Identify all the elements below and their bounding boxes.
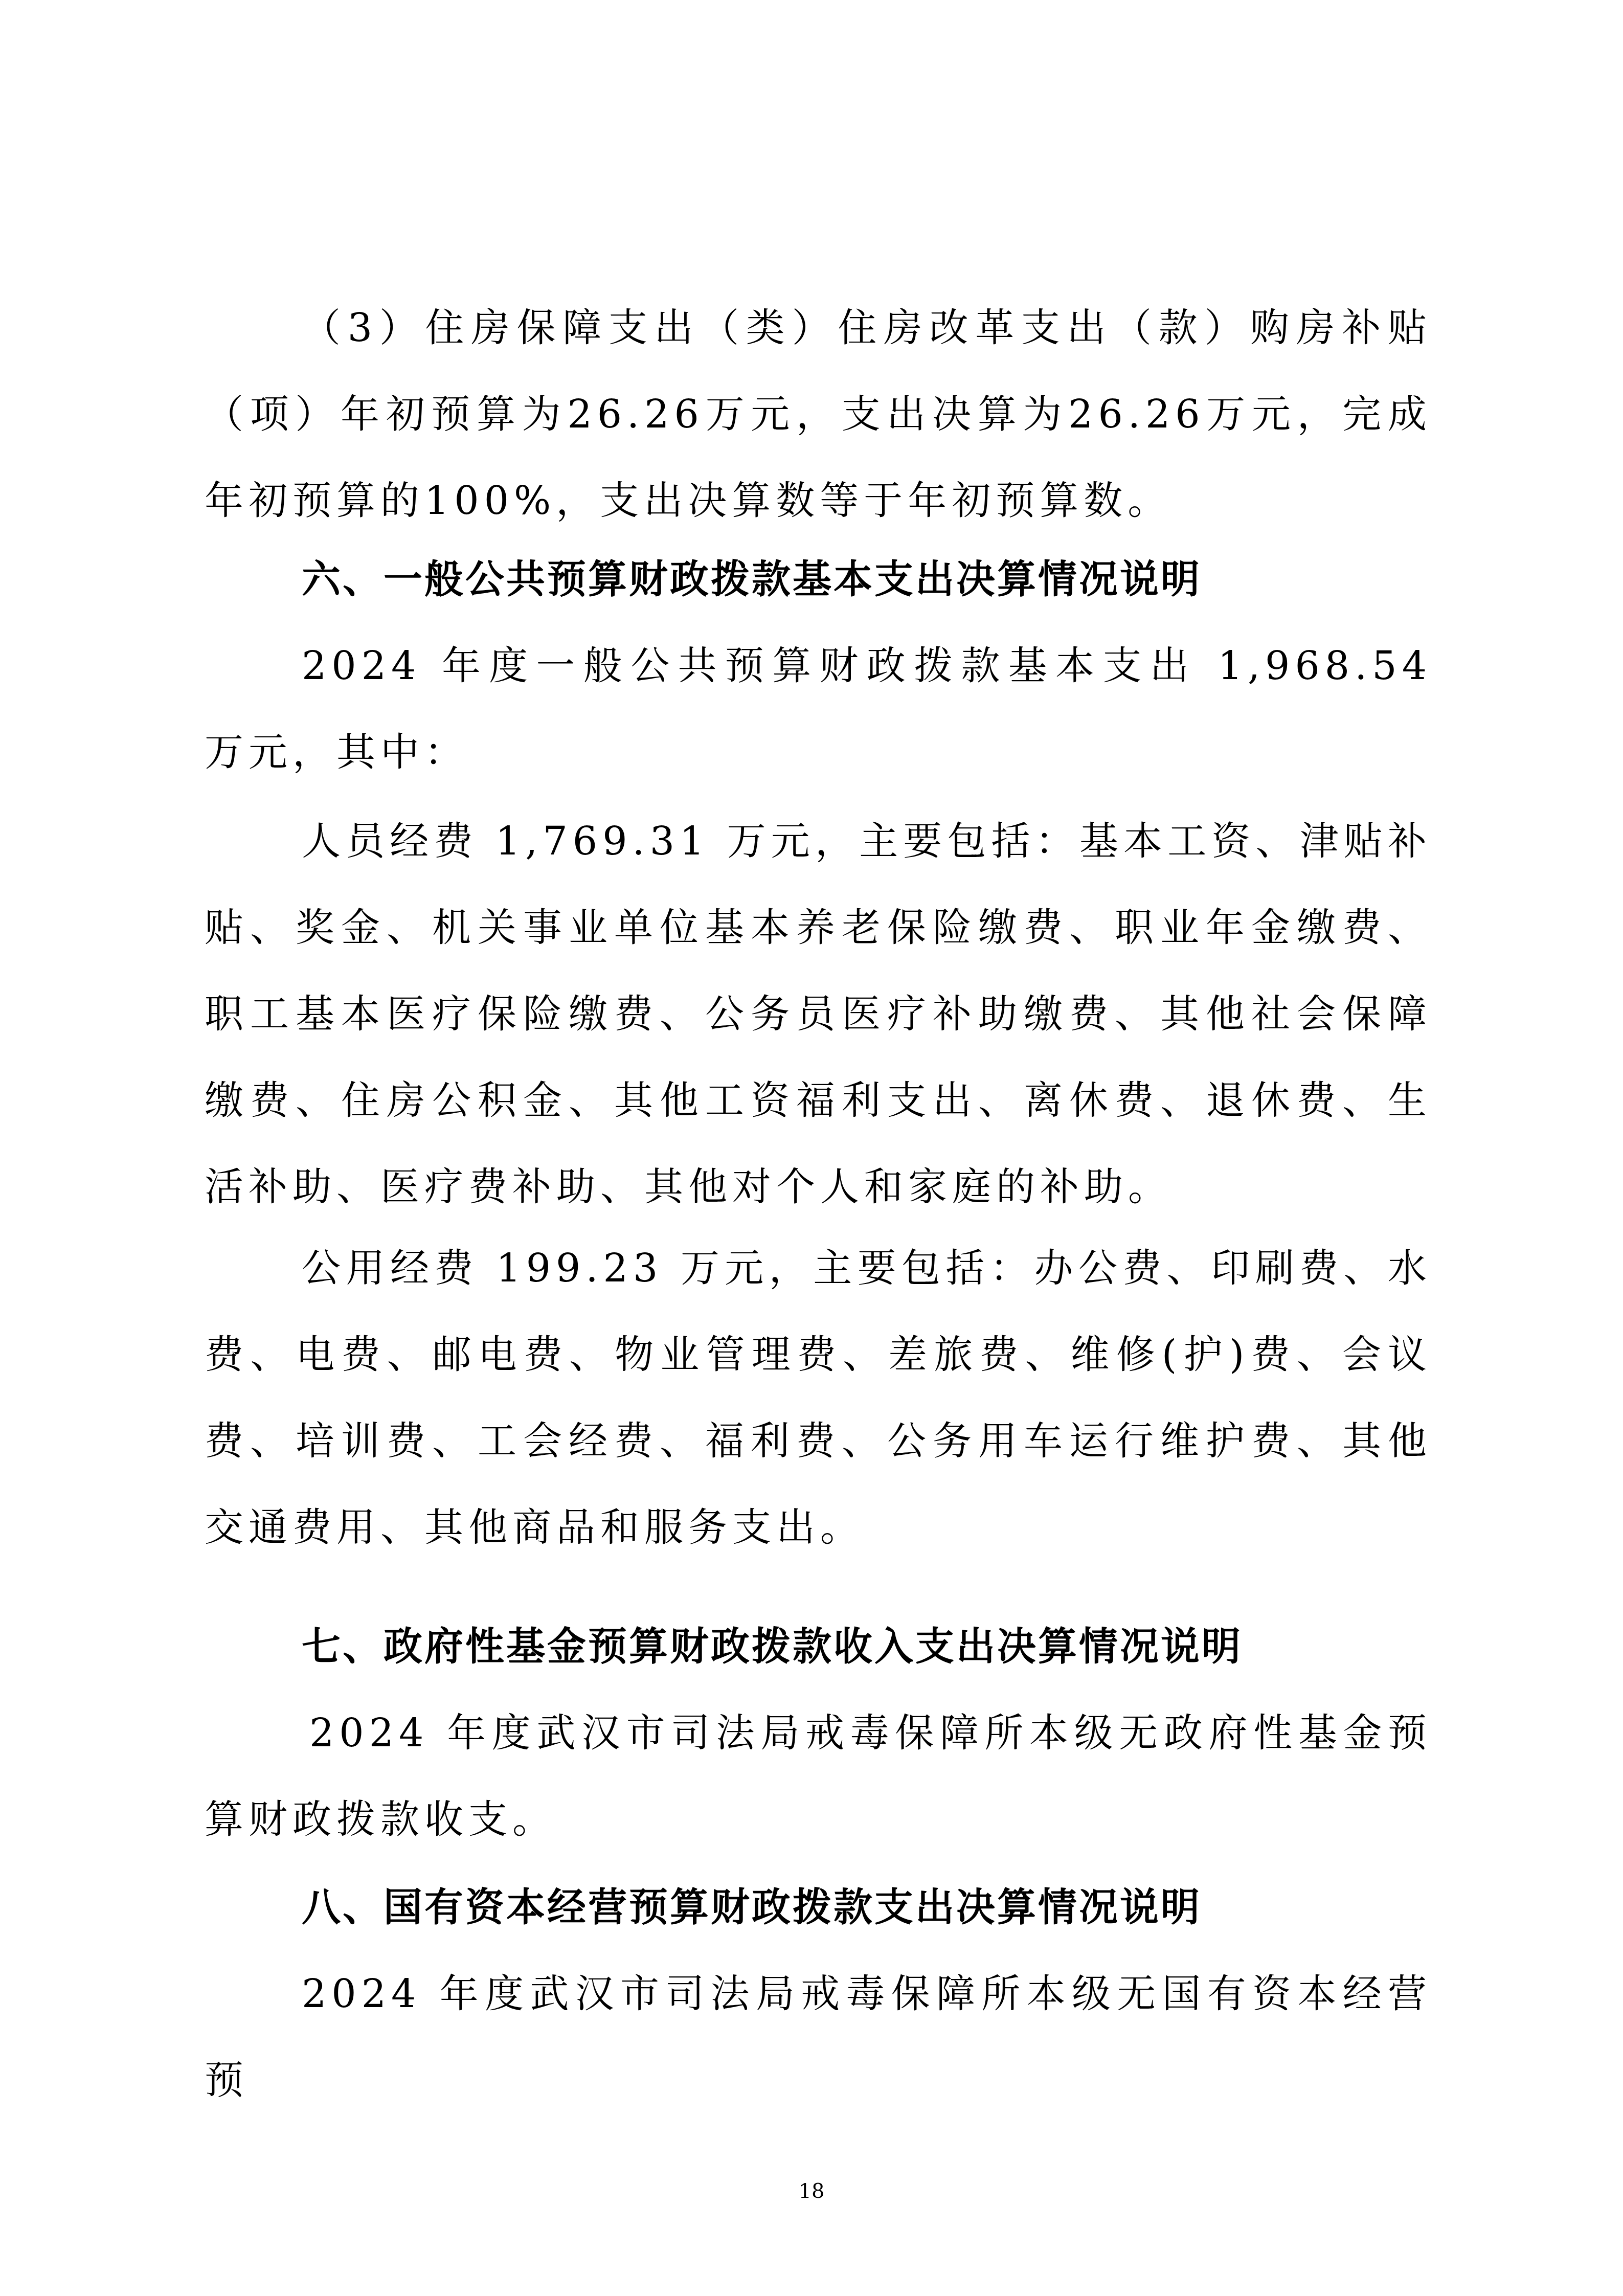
document-page: （3）住房保障支出（类）住房改革支出（款）购房补贴（项）年初预算为26.26万元… bbox=[0, 0, 1623, 2296]
page-number: 18 bbox=[0, 2179, 1623, 2203]
section-8-heading: 八、国有资本经营预算财政拨款支出决算情况说明 bbox=[302, 1864, 1478, 1950]
paragraph-housing-subsidy: （3）住房保障支出（类）住房改革支出（款）购房补贴（项）年初预算为26.26万元… bbox=[205, 284, 1432, 544]
section-7-heading: 七、政府性基金预算财政拨款收入支出决算情况说明 bbox=[302, 1603, 1478, 1690]
section-6-intro: 2024 年度一般公共预算财政拨款基本支出 1,968.54 万元，其中： bbox=[205, 622, 1432, 795]
section-8-body: 2024 年度武汉市司法局戒毒保障所本级无国有资本经营预 bbox=[205, 1950, 1432, 2123]
section-7-body: 2024 年度武汉市司法局戒毒保障所本级无政府性基金预算财政拨款收支。 bbox=[205, 1690, 1432, 1862]
section-6-heading: 六、一般公共预算财政拨款基本支出决算情况说明 bbox=[302, 536, 1478, 622]
section-6-public-expenses: 公用经费 199.23 万元，主要包括：办公费、印刷费、水费、电费、邮电费、物业… bbox=[205, 1225, 1432, 1570]
section-6-personnel-expenses: 人员经费 1,769.31 万元，主要包括：基本工资、津贴补贴、奖金、机关事业单… bbox=[205, 798, 1432, 1230]
